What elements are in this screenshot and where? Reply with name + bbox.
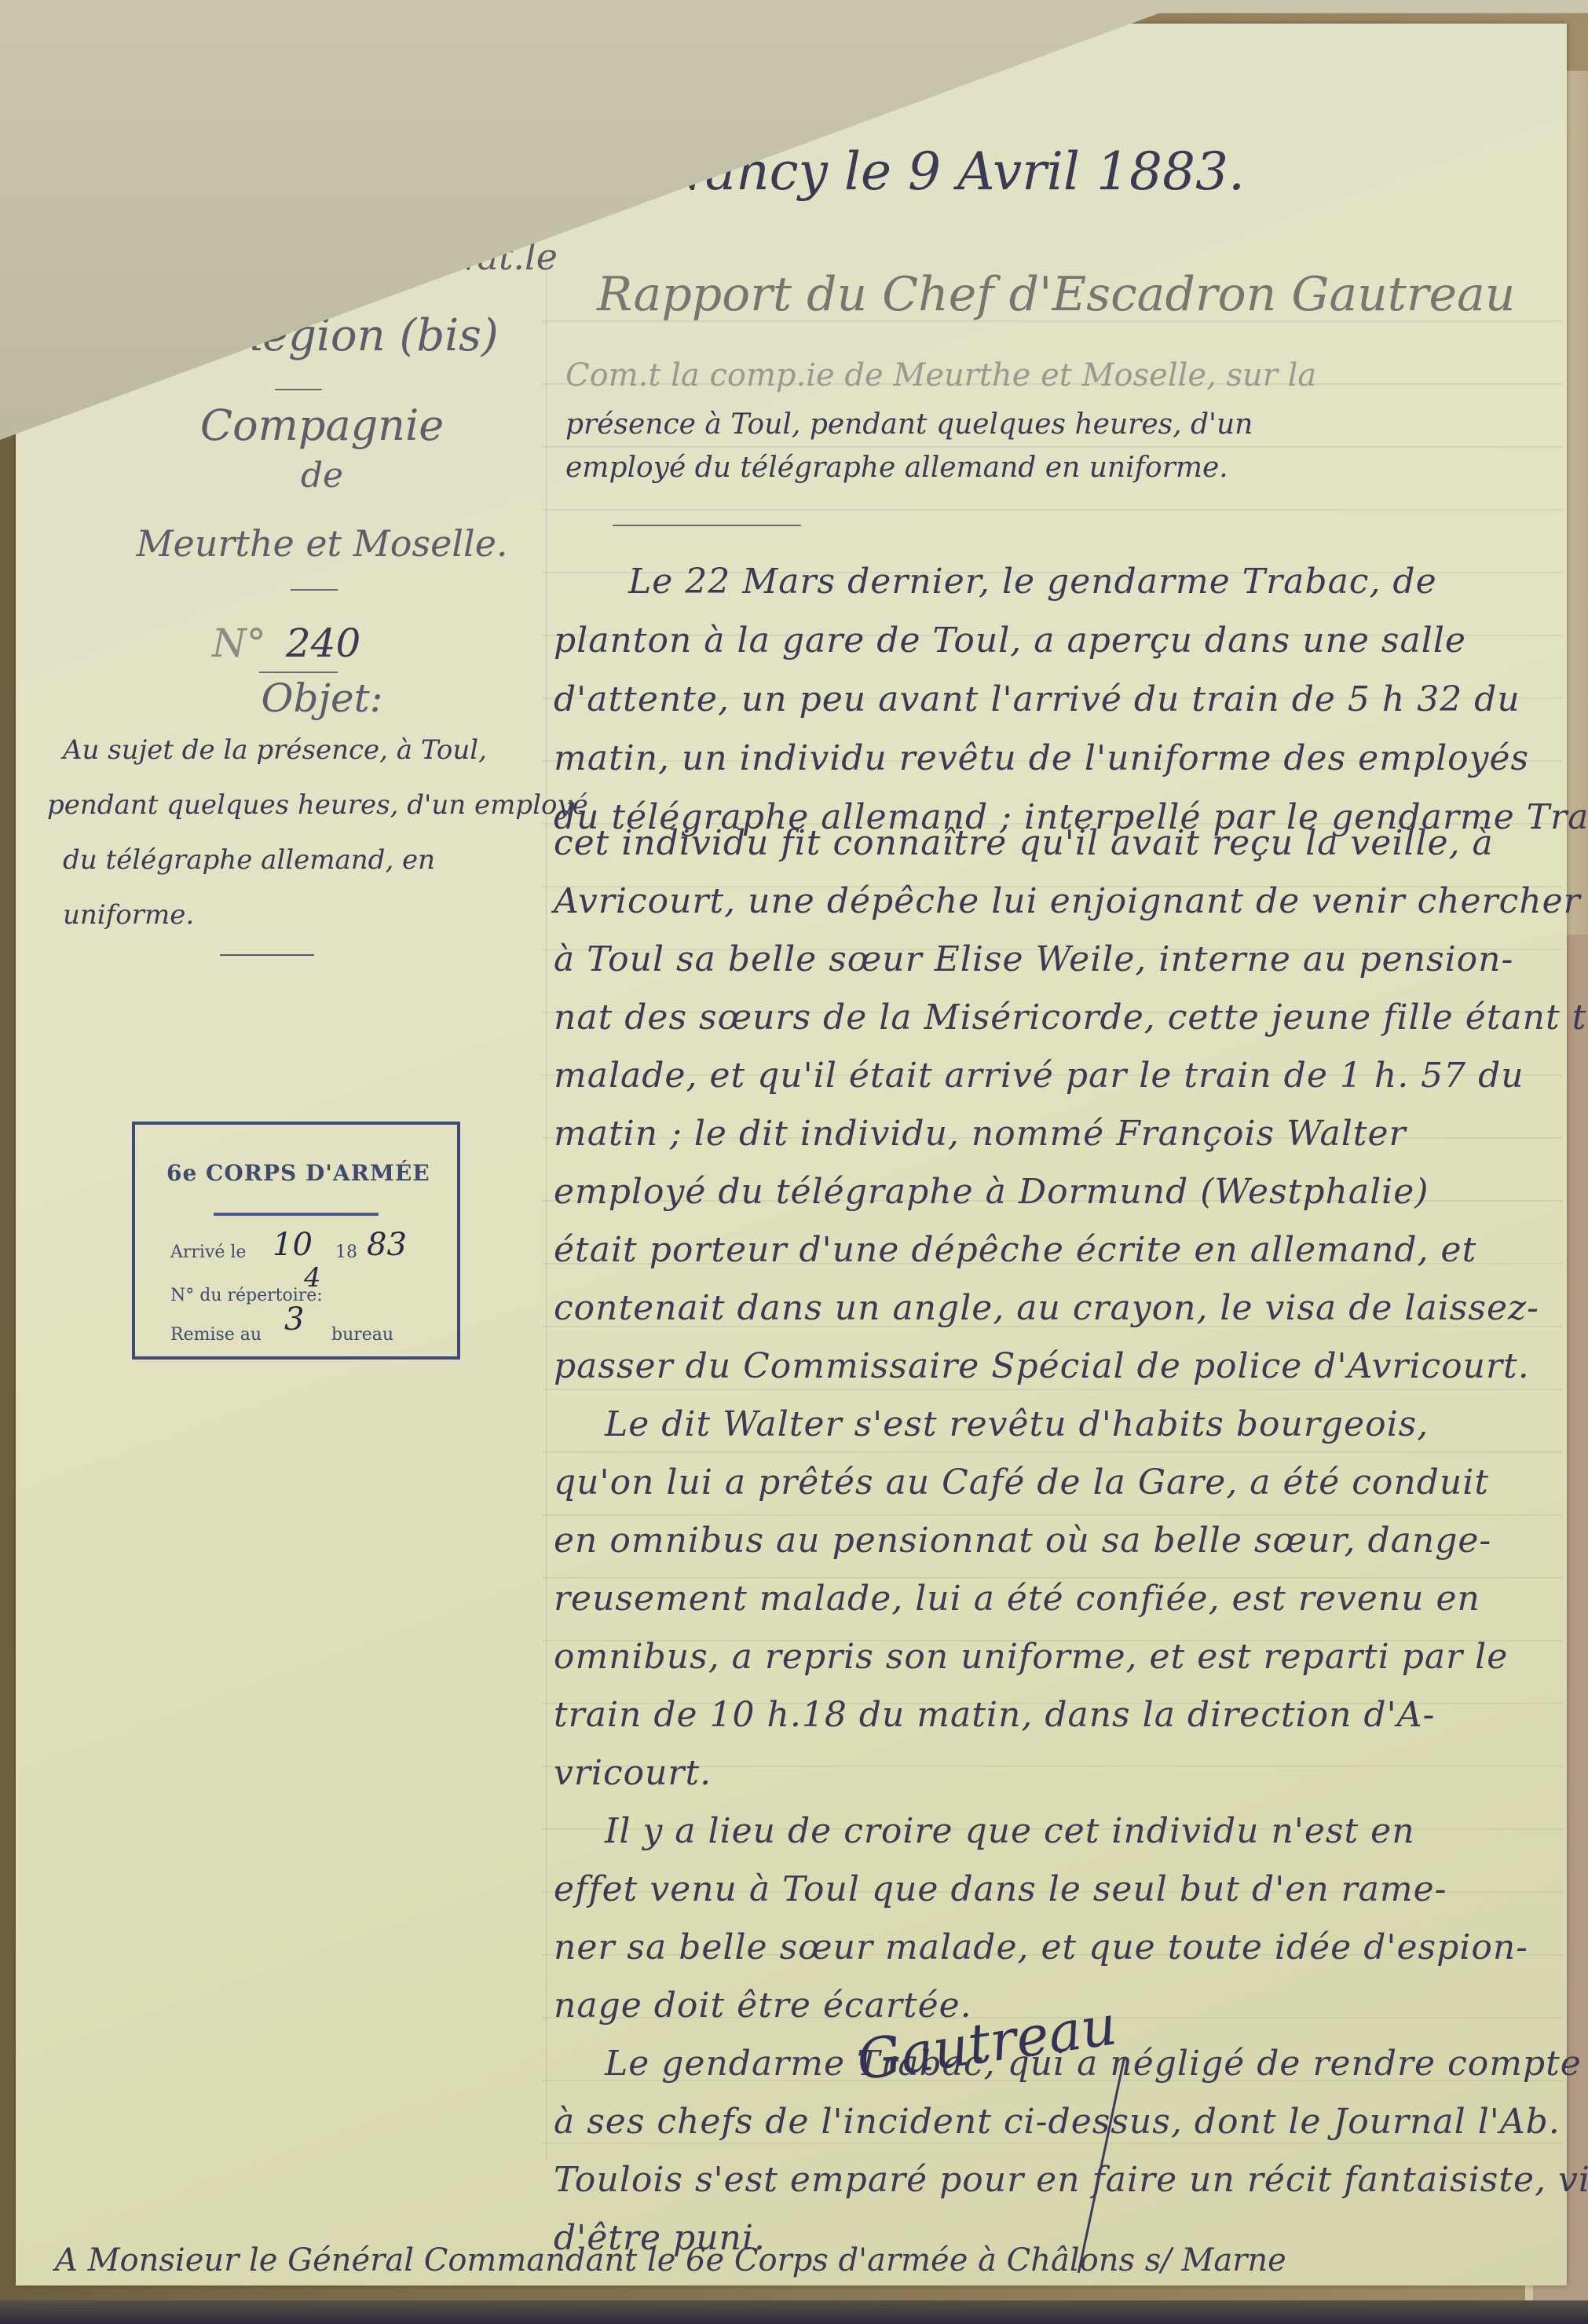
divider (259, 672, 338, 673)
body-line: matin, un individu revêtu de l'uniforme … (554, 738, 1529, 778)
body-line: Le 22 Mars dernier, le gendarme Trabac, … (628, 562, 1437, 602)
stamp-arrived-label: Arrivé le (170, 1243, 246, 1262)
objet-line: Au sujet de la présence, à Toul, (63, 734, 487, 766)
stamp-rule (214, 1213, 379, 1216)
objet-line: uniforme. (63, 899, 194, 931)
body-line: matin ; le dit individu, nommé François … (554, 1114, 1407, 1154)
objet-line: pendant quelques heures, d'un employé (47, 789, 588, 821)
page-bottom-edge (0, 2300, 1588, 2324)
body-line: cet individu fit connaître qu'il avait r… (554, 823, 1494, 863)
body-line: était porteur d'une dépêche écrite en al… (554, 1230, 1476, 1270)
objet-line: du télégraphe allemand, en (63, 844, 435, 876)
letterhead-de: de (118, 456, 526, 496)
divider (613, 525, 801, 526)
body-line: en omnibus au pensionnat où sa belle sœu… (554, 1521, 1491, 1561)
report-number: N° 240 (212, 620, 360, 666)
body-line: effet venu à Toul que dans le seul but d… (554, 1869, 1447, 1909)
subtitle-line: présence à Toul, pendant quelques heures… (565, 408, 1253, 441)
stamp-remise-label: Remise au (170, 1325, 262, 1345)
subtitle-line: employé du télégraphe allemand en unifor… (565, 452, 1228, 484)
body-line: train de 10 h.18 du matin, dans la direc… (554, 1695, 1435, 1735)
objet-label: Objet: (118, 675, 526, 721)
divider (275, 389, 322, 390)
divider (291, 589, 338, 591)
stamp-title: 6e CORPS D'ARMÉE (166, 1160, 430, 1186)
number-value: 240 (286, 620, 360, 666)
body-line: d'attente, un peu avant l'arrivé du trai… (554, 679, 1520, 719)
body-line: Avricourt, une dépêche lui enjoignant de… (554, 881, 1581, 921)
body-line: Le dit Walter s'est revêtu d'habits bour… (605, 1404, 1429, 1444)
body-line: vricourt. (554, 1753, 712, 1793)
subtitle-line: Com.t la comp.ie de Meurthe et Moselle, … (565, 357, 1316, 393)
addressee-line: A Monsieur le Général Commandant le 6e C… (55, 2242, 1286, 2278)
reception-stamp: 6e CORPS D'ARMÉE Arrivé le 10 4 18 83 N°… (132, 1122, 460, 1360)
body-line: contenait dans un angle, au crayon, le v… (554, 1288, 1539, 1328)
body-line: Toulois s'est emparé pour en faire un ré… (554, 2160, 1588, 2200)
body-line: à ses chefs de l'incident ci-dessus, don… (554, 2102, 1561, 2142)
body-line: reusement malade, lui a été confiée, est… (554, 1579, 1480, 1619)
body-line: nage doit être écartée. (554, 1985, 972, 2026)
body-line: employé du télégraphe à Dormund (Westpha… (554, 1172, 1429, 1212)
body-line: ner sa belle sœur malade, et que toute i… (554, 1927, 1528, 1967)
body-line: nat des sœurs de la Miséricorde, cette j… (554, 997, 1588, 1038)
number-label: N° (212, 620, 266, 666)
body-line: qu'on lui a prêtés au Café de la Gare, a… (554, 1462, 1489, 1502)
body-line: Il y a lieu de croire que cet individu n… (605, 1811, 1415, 1851)
stamp-bureau-number: 3 (284, 1301, 304, 1338)
stamp-year-suffix: 83 (367, 1227, 407, 1263)
letterhead-department: Meurthe et Moselle. (94, 522, 550, 565)
report-title: Rapport du Chef d'Escadron Gautreau (597, 267, 1515, 322)
body-line: à Toul sa belle sœur Elise Weile, intern… (554, 939, 1513, 979)
body-line: planton à la gare de Toul, a aperçu dans… (554, 620, 1466, 661)
stamp-arrived-day: 10 (273, 1227, 313, 1263)
letterhead-compagnie: Compagnie (118, 401, 526, 450)
body-line: omnibus, a repris son uniforme, et est r… (554, 1637, 1508, 1677)
body-line: malade, et qu'il était arrivé par le tra… (554, 1056, 1524, 1096)
stamp-year-prefix: 18 (335, 1243, 357, 1262)
stamp-bureau-label: bureau (331, 1325, 393, 1345)
body-line: passer du Commissaire Spécial de police … (554, 1346, 1530, 1386)
divider (220, 954, 314, 956)
